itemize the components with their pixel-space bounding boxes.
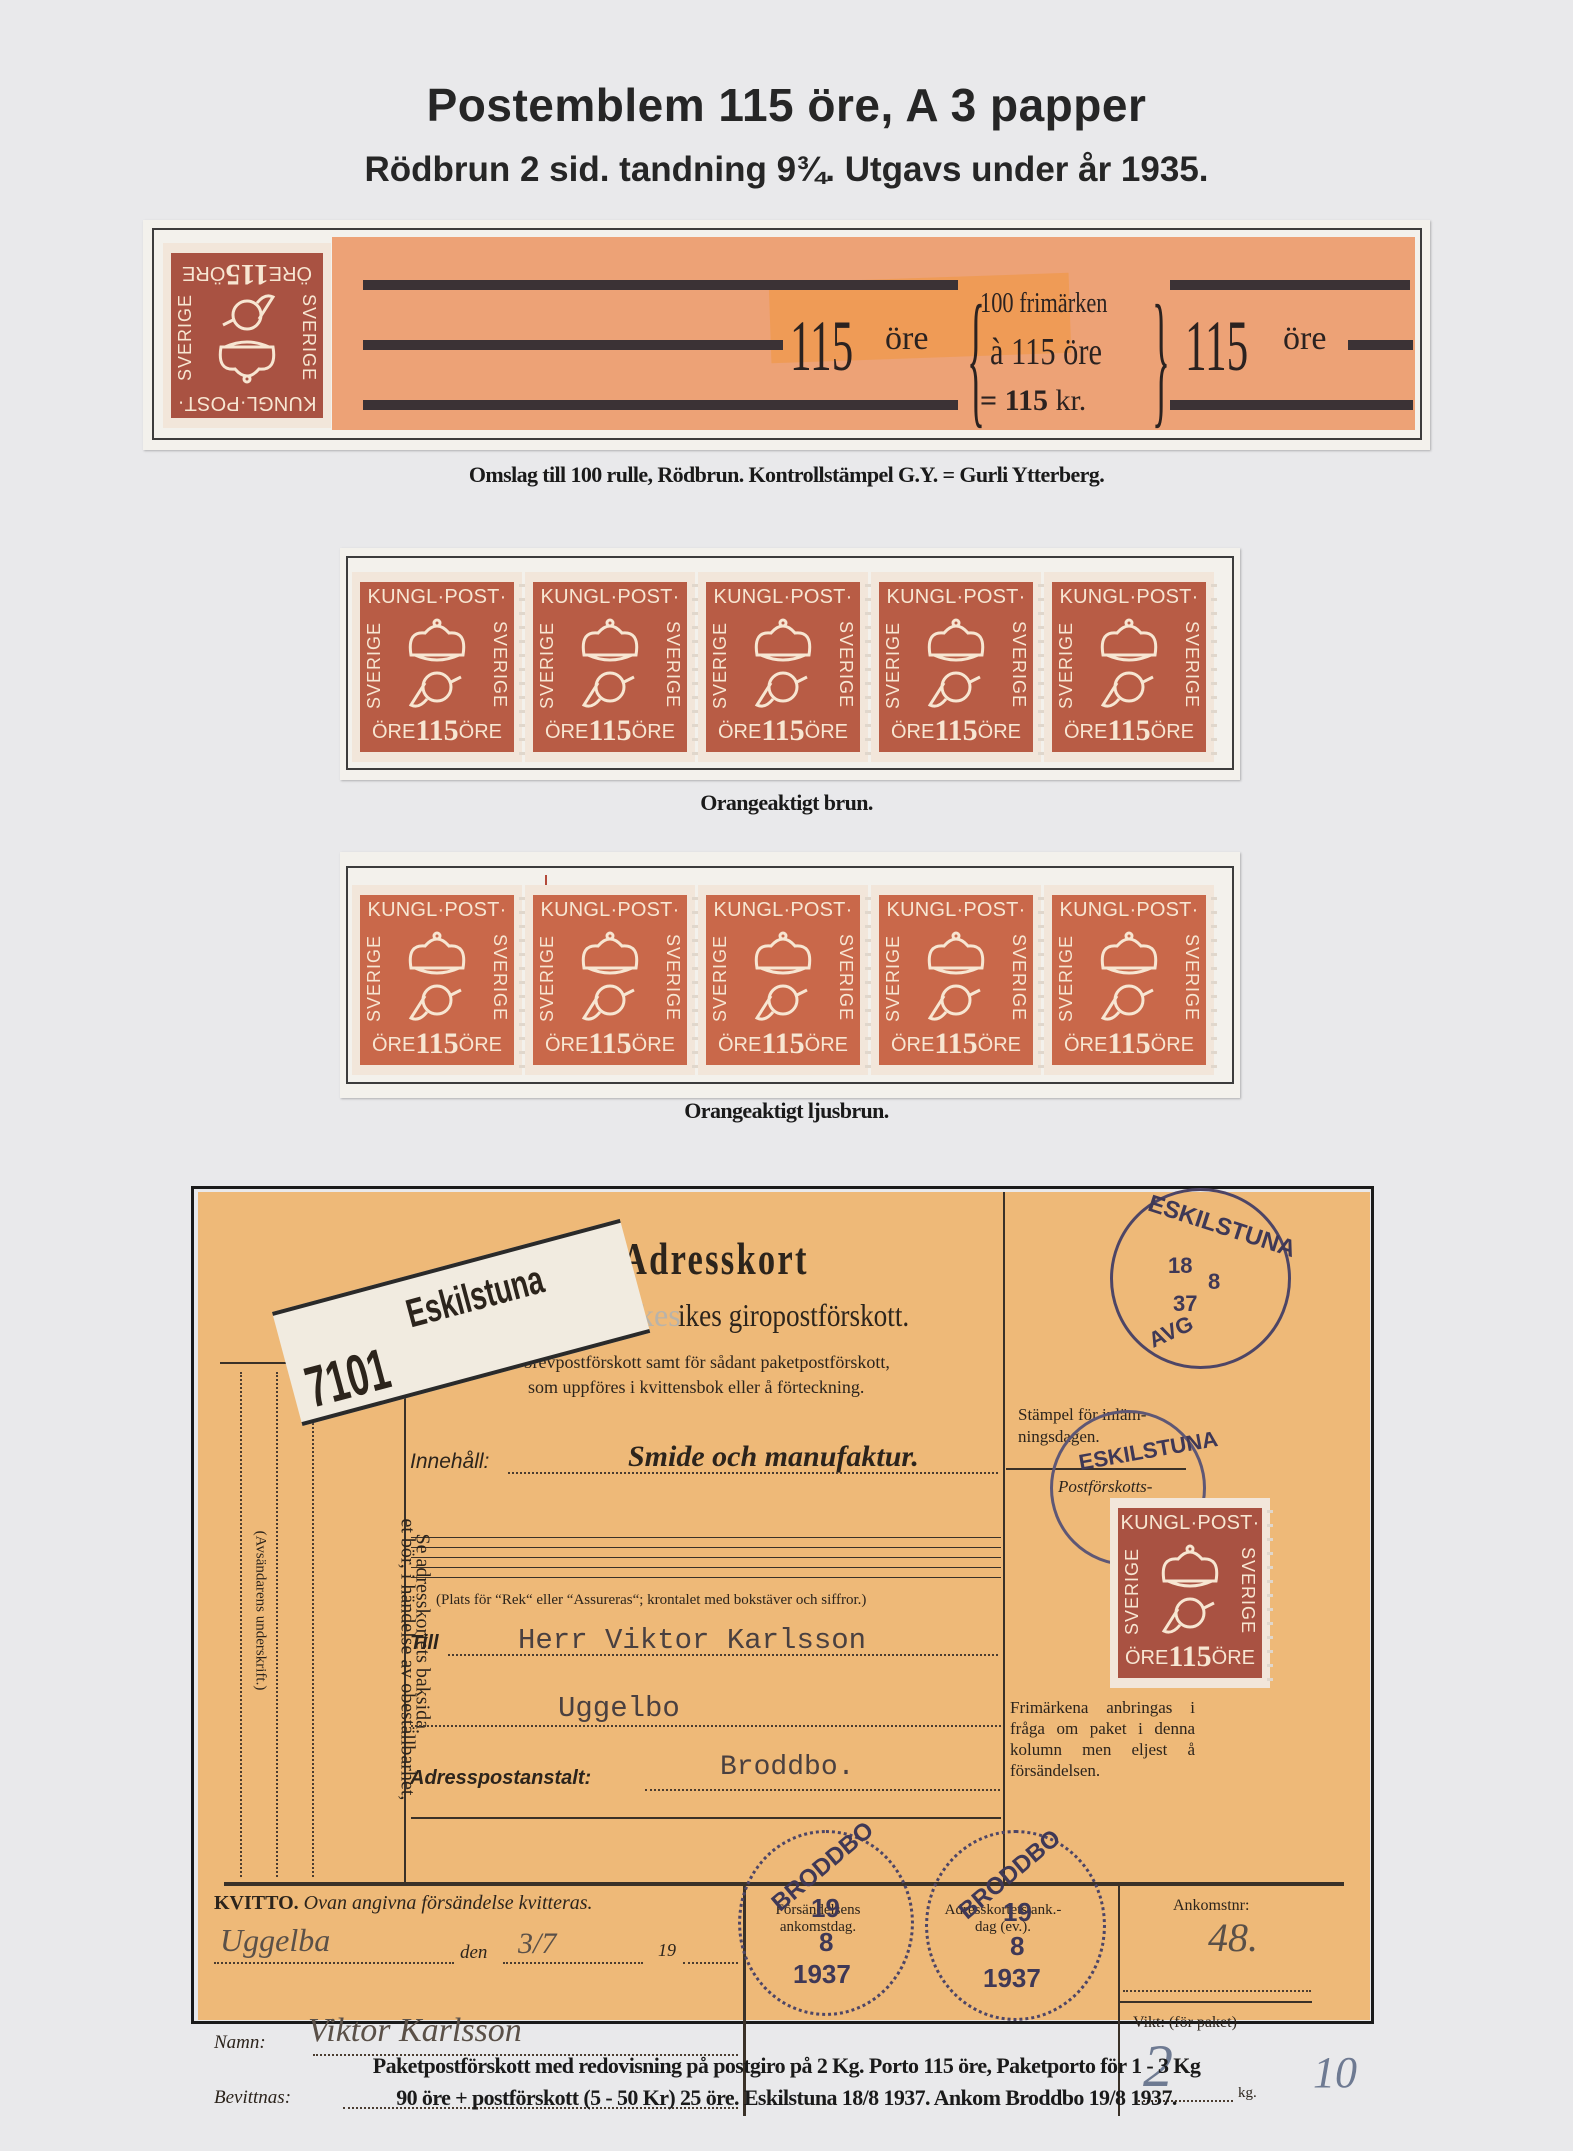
stamp: KUNGL·POST· SVERIGE SVERIGE ÖRE115ÖRE xyxy=(352,885,522,1075)
card-caption-1: Paketpostförskott med redovisning på pos… xyxy=(0,2053,1573,2079)
stamp: KUNGL·POST· SVERIGE SVERIGE ÖRE115ÖRE xyxy=(1044,572,1214,762)
card-subheading: ikes giropostförskott. xyxy=(678,1297,909,1334)
namn-value: Viktor Karlsson xyxy=(308,2012,522,2050)
strip-caption-2: Orangeaktigt ljusbrun. xyxy=(0,1098,1573,1124)
crown-posthorn-icon xyxy=(743,613,823,713)
stamp: KUNGL·POST· SVERIGE SVERIGE ÖRE115ÖRE xyxy=(525,885,695,1075)
sender-signature-label: (Avsändarens underskrift.) xyxy=(252,1511,269,1711)
wrapper-unit-left: öre xyxy=(885,320,928,358)
frimarken-note: Frimärkena anbringas i fråga om paket i … xyxy=(1010,1697,1195,1781)
wrapper-value-left: 115 xyxy=(790,305,853,388)
wrapper-stamp: KUNGL·POST· SVERIGE SVERIGE ÖRE115ÖRE xyxy=(163,243,331,428)
crown-posthorn-icon xyxy=(570,926,650,1026)
crown-posthorn-icon xyxy=(397,926,477,1026)
stamp: KUNGL·POST· SVERIGE SVERIGE ÖRE115ÖRE xyxy=(352,572,522,762)
stamp: KUNGL·POST· SVERIGE SVERIGE ÖRE115ÖRE xyxy=(871,885,1041,1075)
crown-posthorn-icon xyxy=(207,290,287,390)
stamp: KUNGL·POST· SVERIGE SVERIGE ÖRE115ÖRE xyxy=(1044,885,1214,1075)
stamp: KUNGL·POST· SVERIGE SVERIGE ÖRE115ÖRE xyxy=(1110,1498,1270,1688)
postmark-broddbo-2: BRODDBO 19 8 1937 xyxy=(925,1830,1106,2021)
wrapper-center-line2: à 115 öre xyxy=(990,330,1102,374)
adresspost-label: Adresspostanstalt: xyxy=(410,1767,591,1790)
postmark-eskilstuna-1: ESKILSTUNA 18 8 37 AVG xyxy=(1110,1188,1291,1369)
card-instr-2: som uppföres i kvittensbok eller å förte… xyxy=(528,1377,864,1398)
crown-posthorn-icon xyxy=(743,926,823,1026)
stamp: KUNGL·POST· SVERIGE SVERIGE ÖRE115ÖRE xyxy=(525,572,695,762)
page-title: Postemblem 115 öre, A 3 papper xyxy=(0,78,1573,132)
wrapper-caption: Omslag till 100 rulle, Rödbrun. Kontroll… xyxy=(0,462,1573,488)
till-label: Till xyxy=(410,1632,439,1655)
stamp: KUNGL·POST· SVERIGE SVERIGE ÖRE115ÖRE xyxy=(871,572,1041,762)
wrapper-center-line1: 100 frimärken xyxy=(980,288,1108,320)
wrapper-value-right: 115 xyxy=(1185,305,1248,388)
adresspost-value: Broddbo. xyxy=(720,1752,854,1783)
crown-posthorn-icon xyxy=(916,926,996,1026)
card-heading: Adresskort xyxy=(622,1232,809,1285)
wrapper-unit-right: öre xyxy=(1283,320,1326,358)
crown-posthorn-icon xyxy=(397,613,477,713)
crown-posthorn-icon xyxy=(1089,613,1169,713)
crown-posthorn-icon xyxy=(570,613,650,713)
page-subtitle: Rödbrun 2 sid. tandning 9¾. Utgavs under… xyxy=(0,150,1573,190)
kvitto-label: KVITTO. Ovan angivna försändelse kvitter… xyxy=(214,1892,593,1915)
card-caption-2: 90 öre + postförskott (5 - 50 Kr) 25 öre… xyxy=(0,2085,1573,2111)
crown-posthorn-icon xyxy=(1089,926,1169,1026)
strip-caption-1: Orangeaktigt brun. xyxy=(0,790,1573,816)
kvitto-date: 3/7 xyxy=(518,1927,556,1961)
crown-posthorn-icon xyxy=(916,613,996,713)
vertical-note-2: et bör, i händelse av obeställbarhet, xyxy=(396,1519,419,1849)
kvitto-place: Uggelba xyxy=(220,1922,330,1959)
postmark-broddbo-1: BRODDBO 19 8 1937 xyxy=(738,1830,914,2016)
plats-note: (Plats för “Rek“ eller “Assureras“; kron… xyxy=(436,1592,866,1609)
wrapper-center-line3: = 115 kr. xyxy=(980,384,1086,418)
till-place: Uggelbo xyxy=(558,1692,680,1725)
stamp: KUNGL·POST· SVERIGE SVERIGE ÖRE115ÖRE xyxy=(698,885,868,1075)
till-name: Herr Viktor Karlsson xyxy=(518,1624,866,1657)
crown-posthorn-icon xyxy=(1150,1539,1230,1639)
stamp: KUNGL·POST· SVERIGE SVERIGE ÖRE115ÖRE xyxy=(698,572,868,762)
innehall-value: Smide och manufaktur. xyxy=(628,1440,919,1474)
innehall-label: Innehåll: xyxy=(410,1450,489,1474)
ankomstnr-value: 48. xyxy=(1208,1914,1258,1961)
